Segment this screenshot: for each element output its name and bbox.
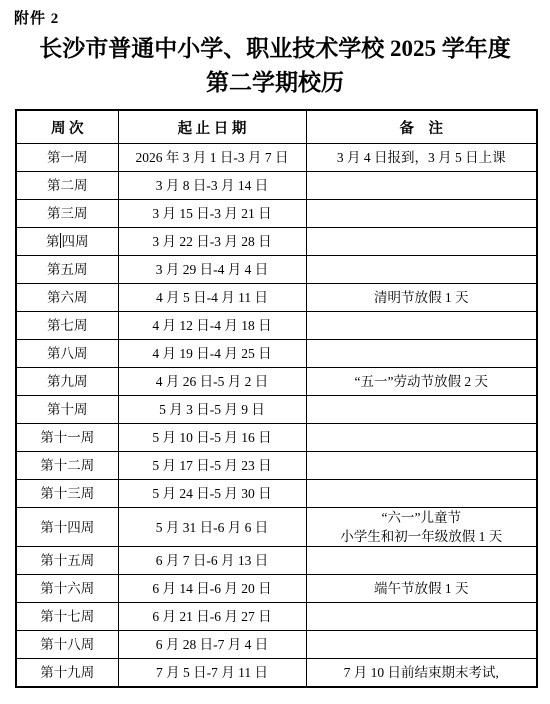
dates-cell: 6 月 28 日-7 月 4 日	[118, 631, 306, 659]
table-row: 第一周2026 年 3 月 1 日-3 月 7 日3 月 4 日报到，3 月 5…	[16, 144, 537, 172]
dates-cell: 5 月 24 日-5 月 30 日	[118, 480, 306, 508]
week-cell: 第十三周	[16, 480, 118, 508]
week-cell: 第一周	[16, 144, 118, 172]
table-row: 第六周4 月 5 日-4 月 11 日清明节放假 1 天	[16, 284, 537, 312]
text-cursor	[60, 233, 61, 248]
week-cell: 第十九周	[16, 659, 118, 688]
table-row: 第十周5 月 3 日-5 月 9 日	[16, 396, 537, 424]
dates-cell: 4 月 19 日-4 月 25 日	[118, 340, 306, 368]
page-title: 长沙市普通中小学、职业技术学校 2025 学年度 第二学期校历	[0, 32, 550, 100]
remark-cell: 清明节放假 1 天	[306, 284, 537, 312]
table-row: 第二周3 月 8 日-3 月 14 日	[16, 172, 537, 200]
week-cell: 第十八周	[16, 631, 118, 659]
dates-cell: 5 月 3 日-5 月 9 日	[118, 396, 306, 424]
remark-cell: 端午节放假 1 天	[306, 575, 537, 603]
remark-cell	[306, 547, 537, 575]
column-header-remark: 备 注	[306, 110, 537, 144]
table-row: 第五周3 月 29 日-4 月 4 日	[16, 256, 537, 284]
dates-cell: 5 月 10 日-5 月 16 日	[118, 424, 306, 452]
dates-cell: 6 月 14 日-6 月 20 日	[118, 575, 306, 603]
week-cell: 第七周	[16, 312, 118, 340]
remark-cell	[306, 256, 537, 284]
table-row: 第十七周6 月 21 日-6 月 27 日	[16, 603, 537, 631]
column-header-week: 周 次	[16, 110, 118, 144]
week-cell: 第八周	[16, 340, 118, 368]
week-cell: 第二周	[16, 172, 118, 200]
table-row: 第七周4 月 12 日-4 月 18 日	[16, 312, 537, 340]
remark-cell	[306, 340, 537, 368]
remark-cell	[306, 172, 537, 200]
remark-cell	[306, 603, 537, 631]
column-header-dates: 起 止 日 期	[118, 110, 306, 144]
week-cell: 第十二周	[16, 452, 118, 480]
table-row: 第九周4 月 26 日-5 月 2 日“五一”劳动节放假 2 天	[16, 368, 537, 396]
calendar-table-body: 第一周2026 年 3 月 1 日-3 月 7 日3 月 4 日报到，3 月 5…	[16, 144, 537, 688]
dates-cell: 3 月 29 日-4 月 4 日	[118, 256, 306, 284]
remark-cell	[306, 452, 537, 480]
dates-cell: 3 月 8 日-3 月 14 日	[118, 172, 306, 200]
table-row: 第四周3 月 22 日-3 月 28 日	[16, 228, 537, 256]
table-row: 第十四周5 月 31 日-6 月 6 日“六一”儿童节 小学生和初一年级放假 1…	[16, 508, 537, 547]
table-row: 第十二周5 月 17 日-5 月 23 日	[16, 452, 537, 480]
table-row: 第十三周5 月 24 日-5 月 30 日	[16, 480, 537, 508]
table-row: 第十五周6 月 7 日-6 月 13 日	[16, 547, 537, 575]
table-row: 第十一周5 月 10 日-5 月 16 日	[16, 424, 537, 452]
table-row: 第八周4 月 19 日-4 月 25 日	[16, 340, 537, 368]
dates-cell: 5 月 31 日-6 月 6 日	[118, 508, 306, 547]
remark-cell	[306, 396, 537, 424]
week-cell: 第三周	[16, 200, 118, 228]
dates-cell: 3 月 15 日-3 月 21 日	[118, 200, 306, 228]
week-cell: 第五周	[16, 256, 118, 284]
table-row: 第三周3 月 15 日-3 月 21 日	[16, 200, 537, 228]
week-cell: 第四周	[16, 228, 118, 256]
remark-cell: “六一”儿童节 小学生和初一年级放假 1 天	[306, 508, 537, 547]
page-title-line1: 长沙市普通中小学、职业技术学校 2025 学年度	[0, 32, 550, 66]
attachment-label: 附件 2	[0, 0, 550, 28]
remark-cell	[306, 228, 537, 256]
week-cell: 第九周	[16, 368, 118, 396]
dates-cell: 4 月 26 日-5 月 2 日	[118, 368, 306, 396]
week-cell: 第十五周	[16, 547, 118, 575]
dates-cell: 7 月 5 日-7 月 11 日	[118, 659, 306, 688]
remark-cell: 3 月 4 日报到，3 月 5 日上课	[306, 144, 537, 172]
dates-cell: 6 月 7 日-6 月 13 日	[118, 547, 306, 575]
week-cell: 第十七周	[16, 603, 118, 631]
dates-cell: 5 月 17 日-5 月 23 日	[118, 452, 306, 480]
remark-cell: “五一”劳动节放假 2 天	[306, 368, 537, 396]
dates-cell: 2026 年 3 月 1 日-3 月 7 日	[118, 144, 306, 172]
week-cell: 第十周	[16, 396, 118, 424]
week-cell: 第十六周	[16, 575, 118, 603]
dates-cell: 6 月 21 日-6 月 27 日	[118, 603, 306, 631]
dates-cell: 3 月 22 日-3 月 28 日	[118, 228, 306, 256]
remark-cell	[306, 312, 537, 340]
dates-cell: 4 月 12 日-4 月 18 日	[118, 312, 306, 340]
calendar-table: 周 次 起 止 日 期 备 注 第一周2026 年 3 月 1 日-3 月 7 …	[15, 109, 538, 688]
remark-cell	[306, 631, 537, 659]
table-row: 第十八周6 月 28 日-7 月 4 日	[16, 631, 537, 659]
page-title-line2: 第二学期校历	[0, 66, 550, 100]
remark-cell	[306, 480, 537, 508]
remark-cell	[306, 200, 537, 228]
week-cell: 第十一周	[16, 424, 118, 452]
week-cell: 第十四周	[16, 508, 118, 547]
header-row: 周 次 起 止 日 期 备 注	[16, 110, 537, 144]
dates-cell: 4 月 5 日-4 月 11 日	[118, 284, 306, 312]
table-row: 第十九周7 月 5 日-7 月 11 日7 月 10 日前结束期末考试,	[16, 659, 537, 688]
calendar-table-header: 周 次 起 止 日 期 备 注	[16, 110, 537, 144]
week-cell: 第六周	[16, 284, 118, 312]
remark-cell	[306, 424, 537, 452]
table-row: 第十六周6 月 14 日-6 月 20 日端午节放假 1 天	[16, 575, 537, 603]
remark-cell: 7 月 10 日前结束期末考试,	[306, 659, 537, 688]
